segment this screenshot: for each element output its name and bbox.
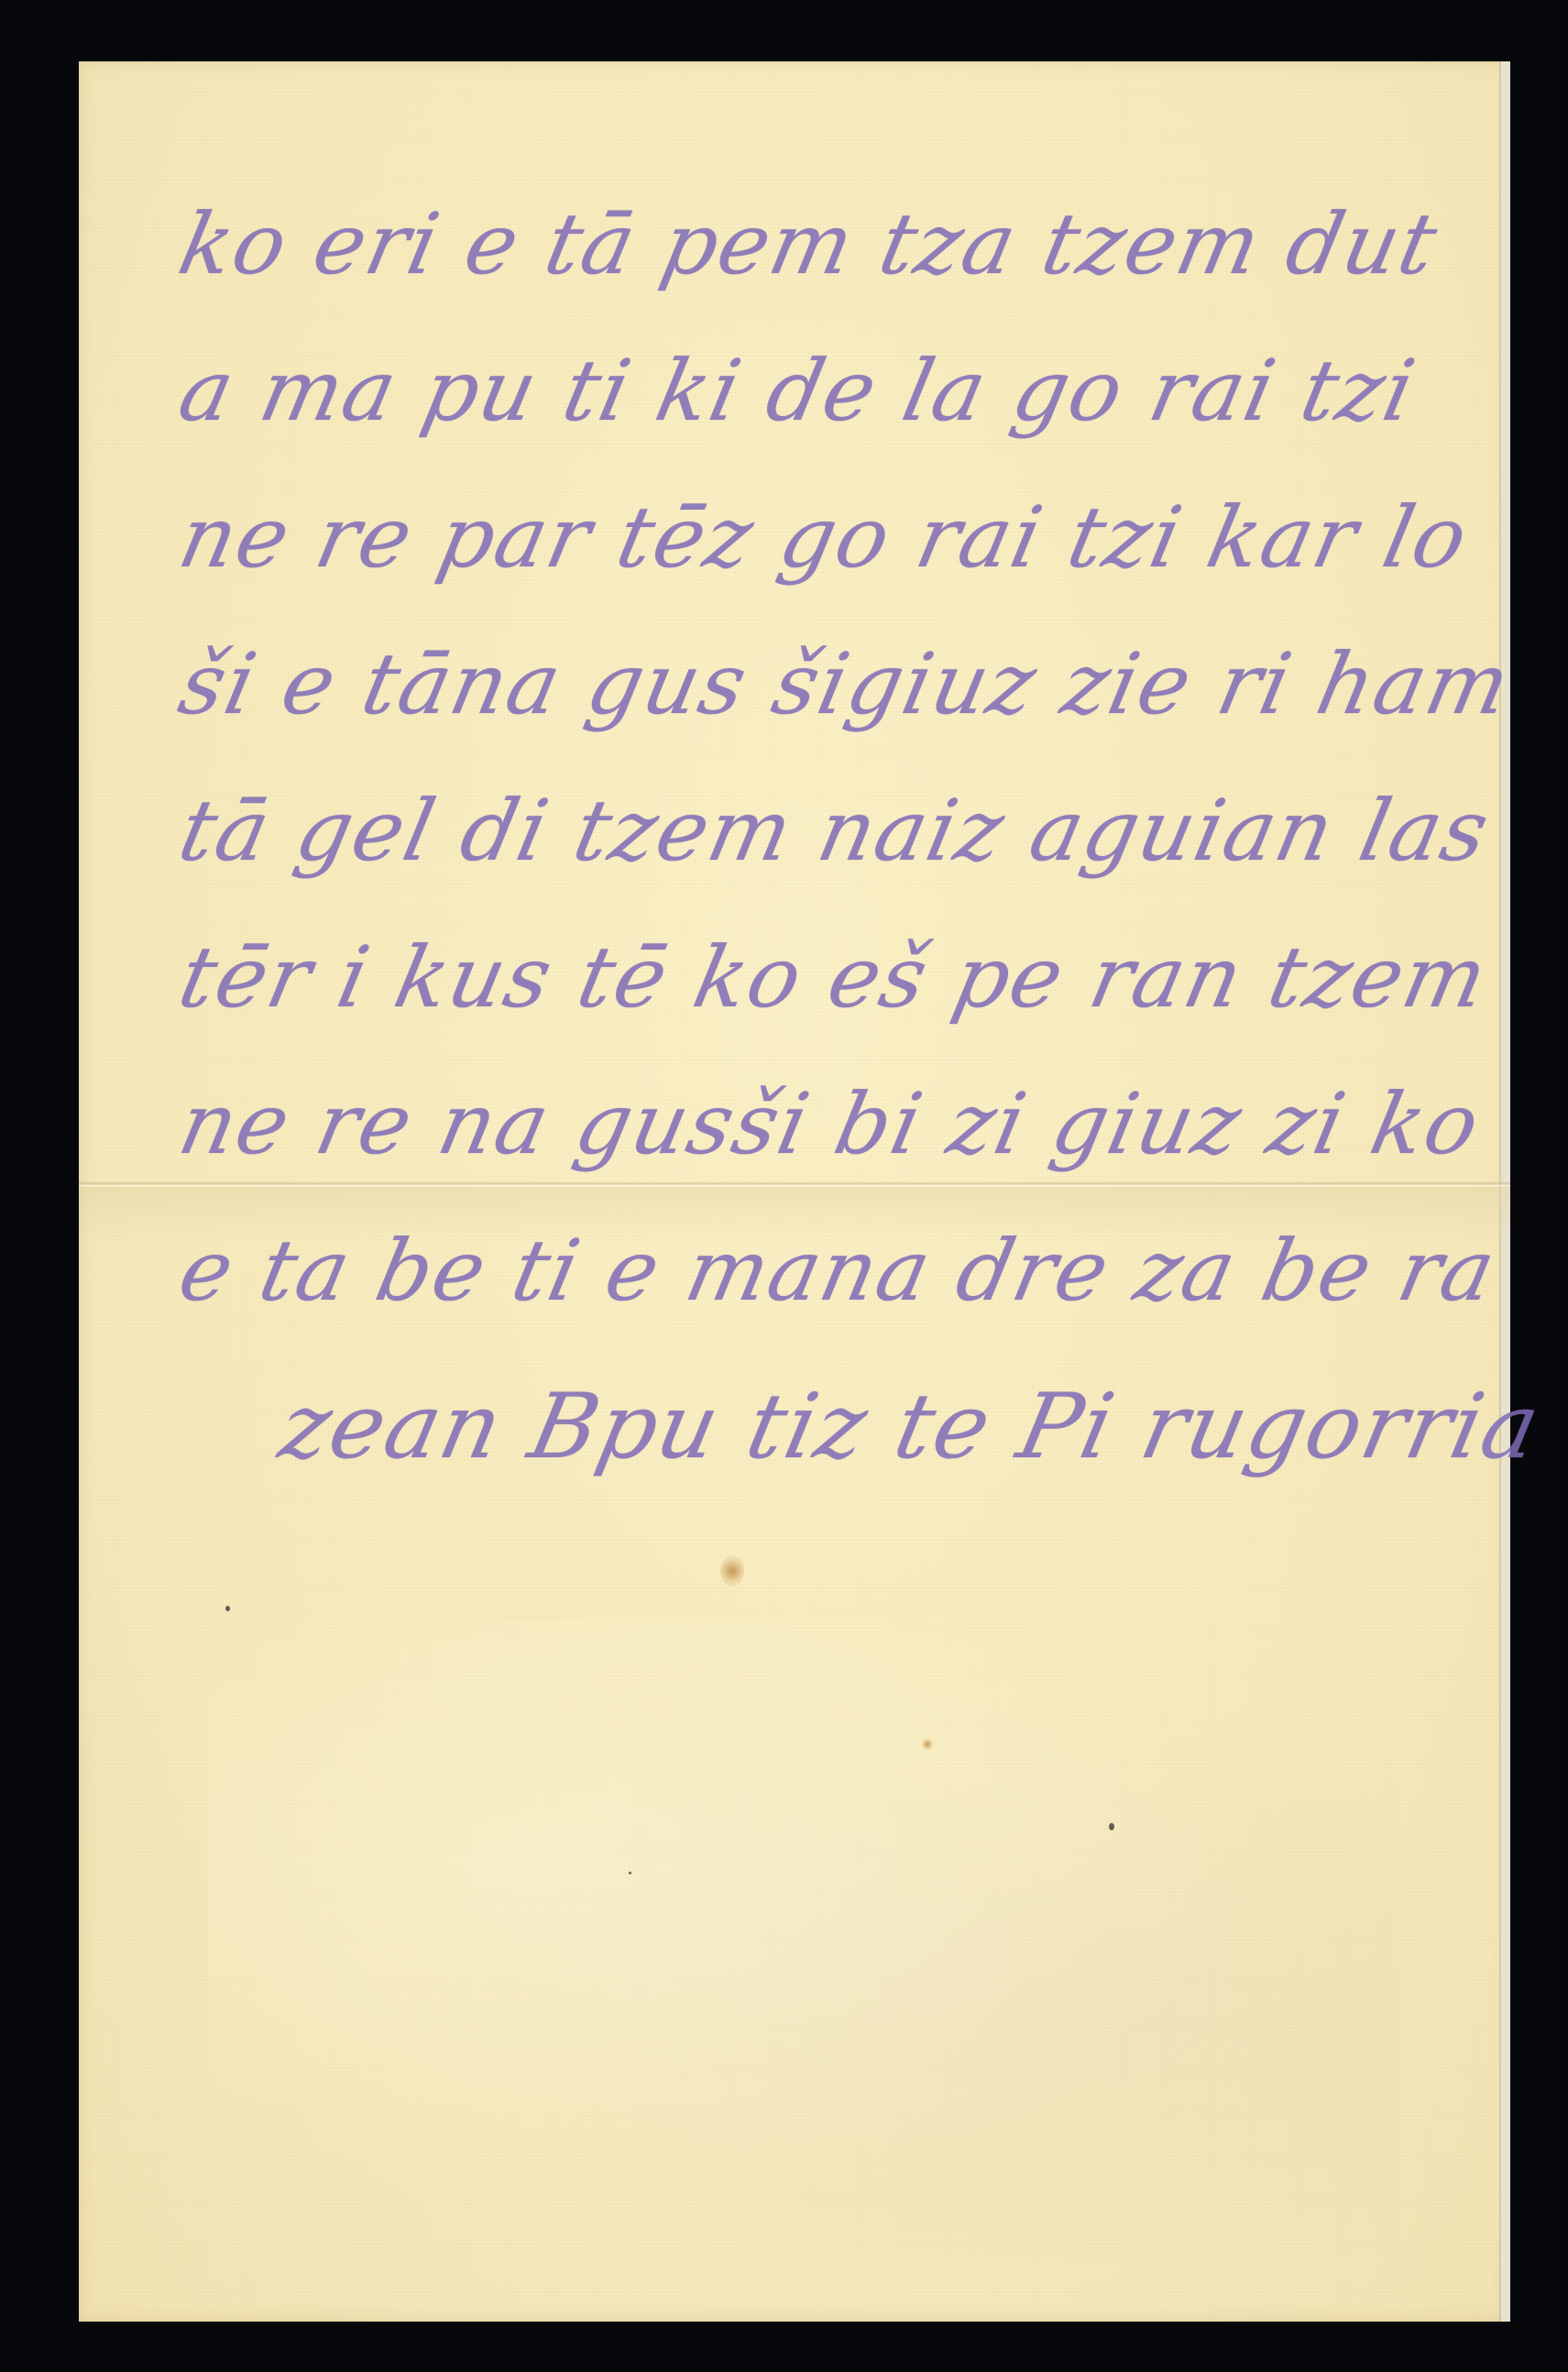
ink-speck [1109,1823,1114,1830]
handwritten-line-6: tēr i kus tē ko eš pe ran tzem [166,905,1498,1051]
foxing-stain [922,1739,933,1750]
foxing-stain [720,1555,744,1587]
handwritten-line-5: tā gel di tzem naiz aguian las [166,758,1498,905]
signature-line: zean Bpu tiz te Pi rugorria [166,1354,1498,1500]
handwritten-line-3: ne re par tēz go rai tzi kar lo [166,465,1498,611]
ink-speck [629,1872,631,1874]
handwritten-line-1: ko eri e tā pem tza tzem dut [166,171,1498,318]
letter-page: ko eri e tā pem tza tzem dut a ma pu ti … [79,61,1510,2322]
letter-body: ko eri e tā pem tza tzem dut a ma pu ti … [166,171,1467,1500]
handwritten-line-2: a ma pu ti ki de la go rai tzi [166,318,1498,465]
ink-bleed-through [207,1620,1398,2261]
handwritten-line-7: ne re na gusši bi zi giuz zi ko [166,1051,1498,1198]
handwritten-line-4: ši e tāna gus šigiuz zie ri ham [166,611,1498,758]
ink-speck [225,1606,230,1611]
handwritten-line-8: e ta be ti e mana dre za be ra [166,1198,1498,1345]
